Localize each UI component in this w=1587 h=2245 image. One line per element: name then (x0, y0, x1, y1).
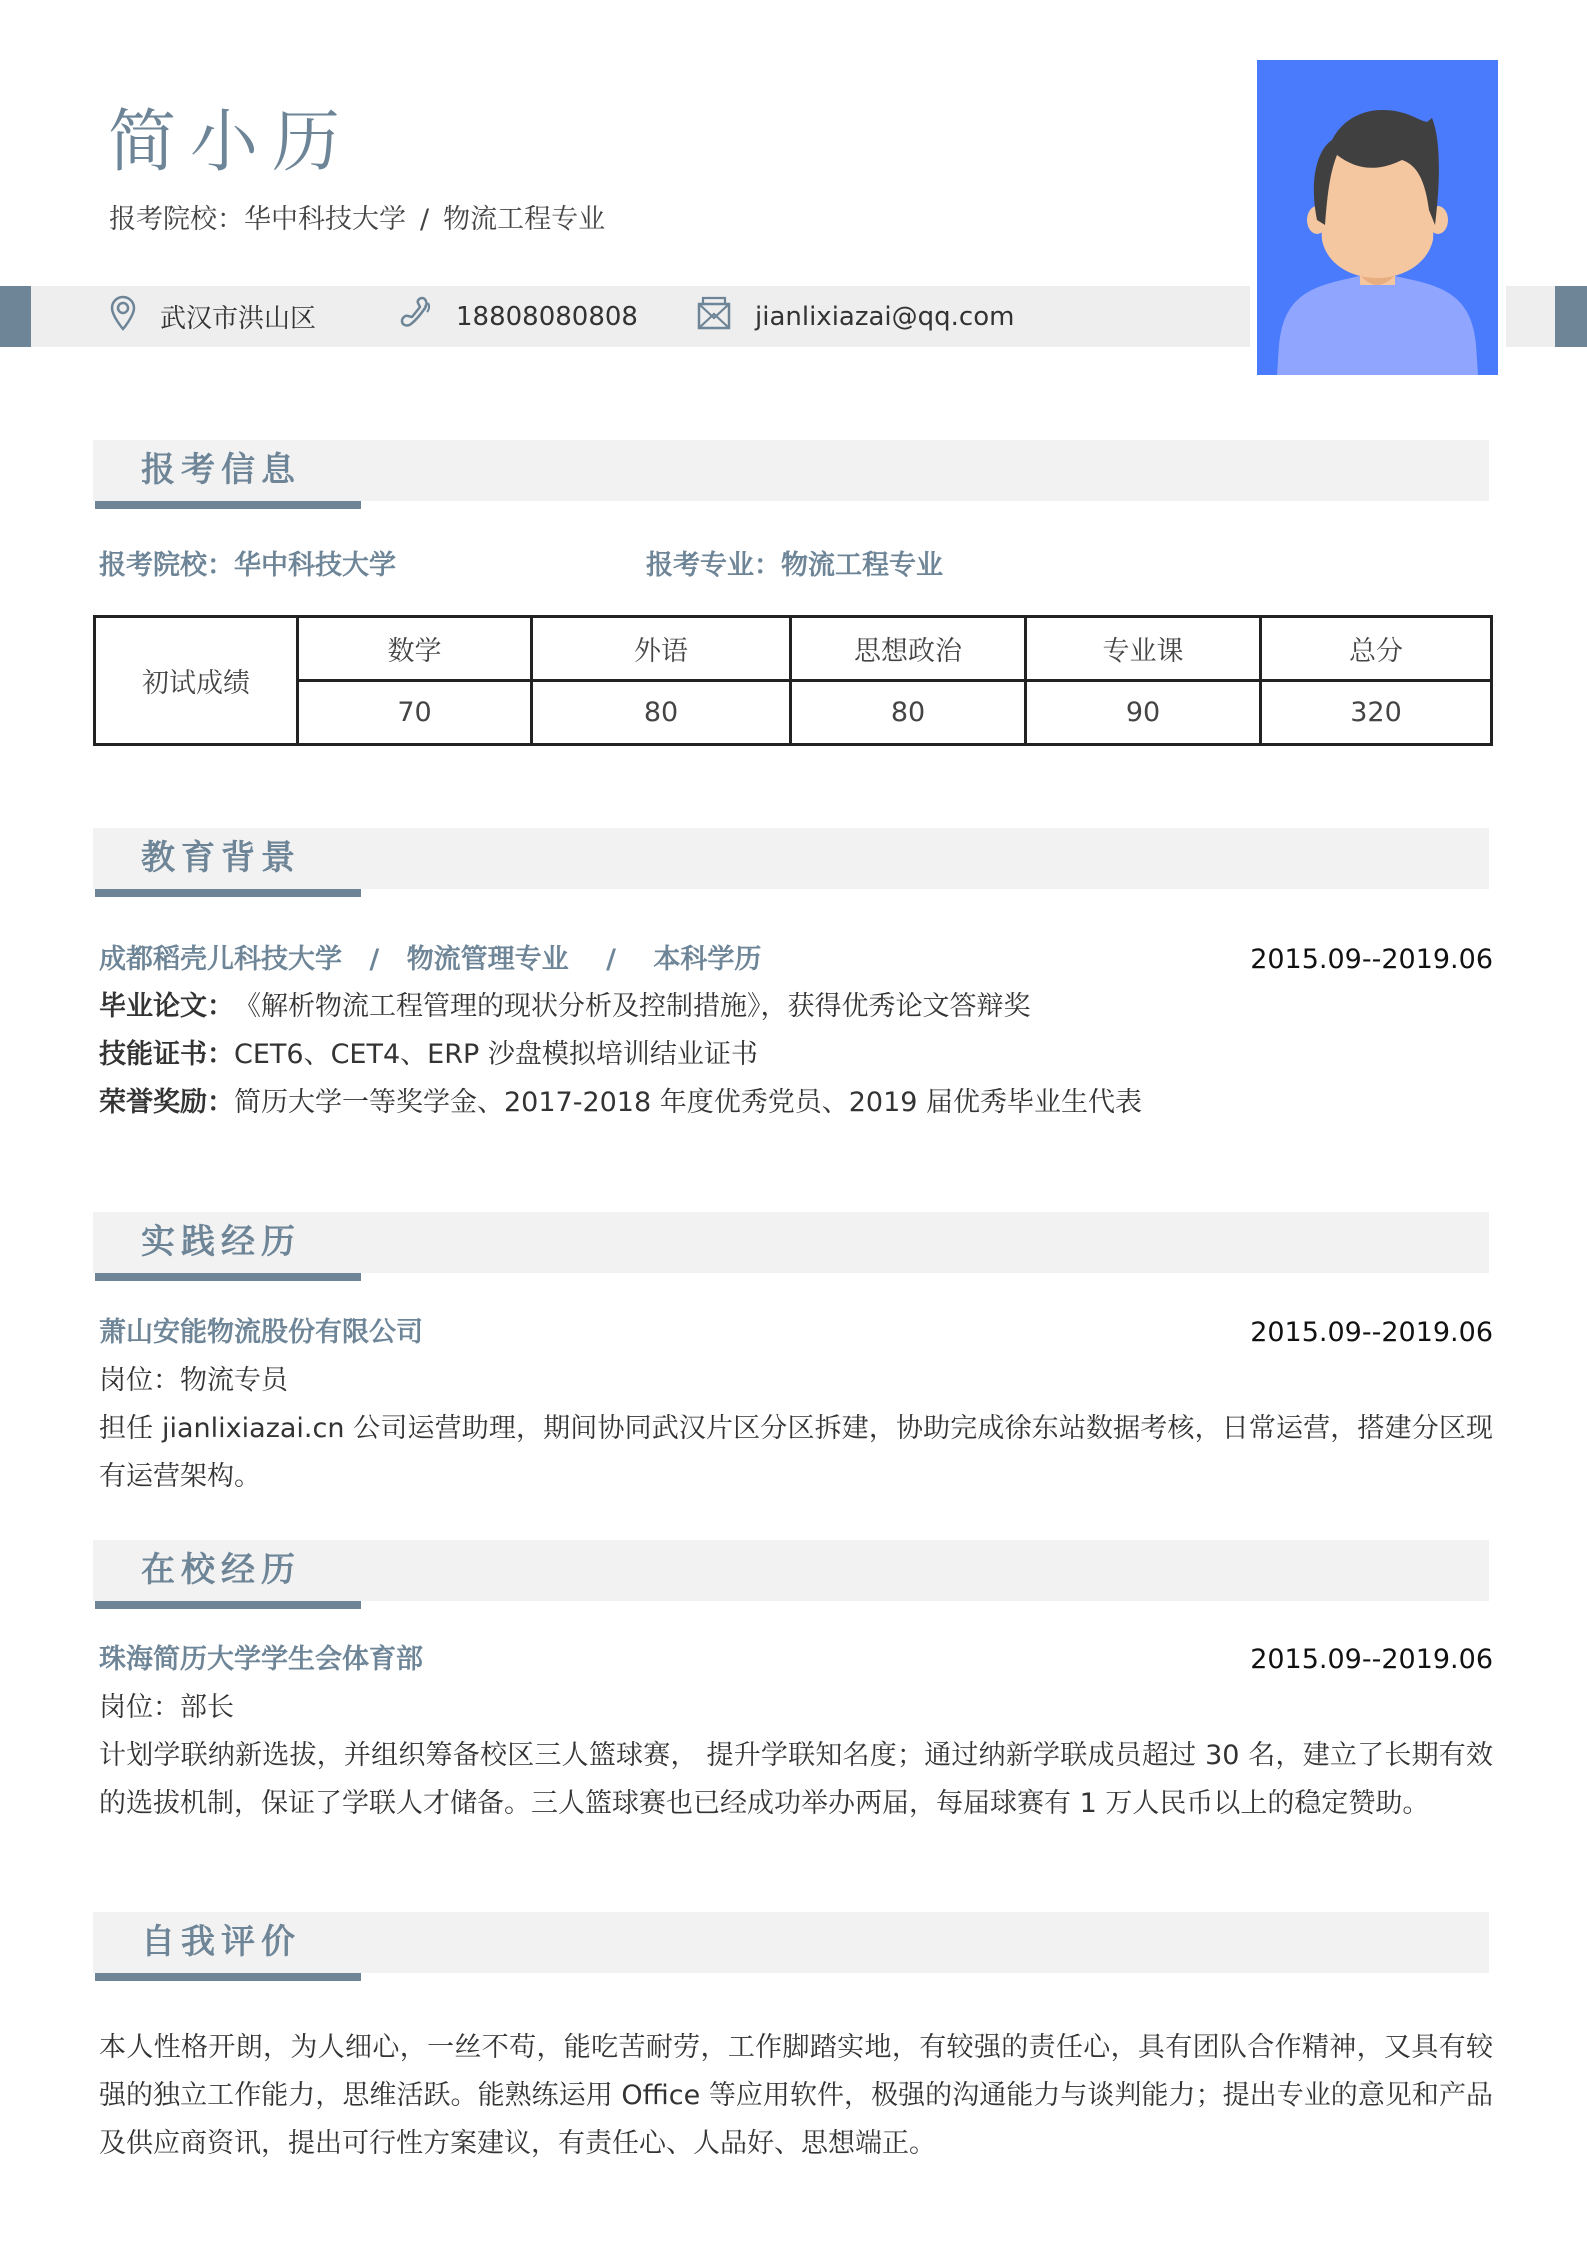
exam-school-value: 华中科技大学 (234, 550, 396, 581)
item-label: 毕业论文： (99, 987, 234, 1027)
section-title-self: 自我评价 (141, 1912, 301, 1973)
score-cell: 90 (1026, 681, 1261, 745)
candidate-name: 简小历 (108, 98, 354, 188)
item-label: 荣誉奖励： (99, 1083, 234, 1123)
separator: / (369, 944, 379, 975)
contact-email: jianlixiazai@qq.com (697, 286, 1014, 347)
item-text: 《解析物流工程管理的现状分析及控制措施》，获得优秀论文答辩奖 (234, 987, 1031, 1027)
section-underline-campus (95, 1601, 361, 1609)
contact-phone: 18808080808 (398, 286, 638, 347)
score-header-row: 初试成绩 数学 外语 思想政治 专业课 总分 (95, 617, 1492, 681)
exam-major: 报考专业：物流工程专业 (646, 546, 943, 586)
section-underline-practice (95, 1273, 361, 1281)
education-title: 成都稻壳儿科技大学 / 物流管理专业 / 本科学历 (99, 940, 761, 980)
item-text: 简历大学一等奖学金、2017-2018 年度优秀党员、2019 届优秀毕业生代表 (234, 1083, 1142, 1123)
practice-company: 萧山安能物流股份有限公司 (99, 1313, 423, 1353)
header-subtitle: 报考院校：华中科技大学/物流工程专业 (109, 202, 605, 238)
envelope-icon (697, 296, 755, 337)
email-text[interactable]: jianlixiazai@qq.com (755, 302, 1014, 332)
location-pin-icon (110, 295, 160, 338)
profile-photo (1257, 60, 1498, 375)
separator: / (606, 944, 616, 975)
section-title-campus: 在校经历 (141, 1540, 301, 1601)
col-header: 数学 (298, 617, 532, 681)
contact-location: 武汉市洪山区 (110, 286, 316, 347)
subtitle-separator: / (420, 204, 429, 235)
section-header-campus (93, 1540, 1489, 1601)
score-cell: 80 (532, 681, 791, 745)
practice-date: 2015.09--2019.06 (1250, 1313, 1493, 1353)
section-title-education: 教育背景 (141, 828, 301, 889)
subtitle-label: 报考院校： (109, 204, 244, 235)
campus-entry-header: 珠海简历大学学生会体育部 2015.09--2019.06 (99, 1640, 1493, 1680)
row-header: 初试成绩 (95, 617, 298, 745)
location-text: 武汉市洪山区 (160, 298, 316, 335)
section-title-exam: 报考信息 (141, 440, 301, 501)
education-school: 成都稻壳儿科技大学 (99, 944, 342, 975)
avatar-icon (1257, 60, 1498, 375)
exam-major-label: 报考专业： (646, 550, 781, 581)
education-honors: 荣誉奖励：简历大学一等奖学金、2017-2018 年度优秀党员、2019 届优秀… (99, 1083, 1493, 1123)
exam-school: 报考院校：华中科技大学 (99, 546, 396, 586)
item-label: 技能证书： (99, 1035, 234, 1075)
campus-position: 岗位：部长 (99, 1688, 1493, 1728)
section-header-self (93, 1912, 1489, 1973)
education-date: 2015.09--2019.06 (1250, 940, 1493, 980)
education-entry-header: 成都稻壳儿科技大学 / 物流管理专业 / 本科学历 2015.09--2019.… (99, 940, 1493, 980)
practice-position: 岗位：物流专员 (99, 1361, 1493, 1401)
col-header: 总分 (1261, 617, 1492, 681)
campus-org: 珠海简历大学学生会体育部 (99, 1640, 423, 1680)
exam-school-label: 报考院校： (99, 550, 234, 581)
score-table: 初试成绩 数学 外语 思想政治 专业课 总分 70 80 80 90 320 (93, 615, 1493, 746)
col-header: 专业课 (1026, 617, 1261, 681)
score-cell: 70 (298, 681, 532, 745)
section-header-practice (93, 1212, 1489, 1273)
contact-accent-right (1555, 286, 1587, 347)
phone-text: 18808080808 (456, 302, 638, 332)
self-evaluation: 本人性格开朗，为人细心，一丝不苟，能吃苦耐劳，工作脚踏实地，有较强的责任心，具有… (99, 2024, 1493, 2168)
item-text: CET6、CET4、ERP 沙盘模拟培训结业证书 (234, 1035, 758, 1075)
col-header: 思想政治 (791, 617, 1026, 681)
exam-major-value: 物流工程专业 (781, 550, 943, 581)
education-major: 物流管理专业 (407, 944, 569, 975)
subtitle-school: 华中科技大学 (244, 204, 406, 235)
phone-icon (398, 295, 456, 338)
practice-description: 担任 jianlixiazai.cn 公司运营助理，期间协同武汉片区分区拆建，协… (99, 1405, 1493, 1501)
section-underline-exam (95, 501, 361, 509)
score-cell: 80 (791, 681, 1026, 745)
section-underline-education (95, 889, 361, 897)
education-degree: 本科学历 (653, 944, 761, 975)
practice-entry-header: 萧山安能物流股份有限公司 2015.09--2019.06 (99, 1313, 1493, 1353)
section-header-education (93, 828, 1489, 889)
campus-date: 2015.09--2019.06 (1250, 1640, 1493, 1680)
contact-bar-right (1506, 286, 1555, 347)
section-header-exam (93, 440, 1489, 501)
section-title-practice: 实践经历 (141, 1212, 301, 1273)
score-cell: 320 (1261, 681, 1492, 745)
campus-description: 计划学联纳新选拔，并组织筹备校区三人篮球赛， 提升学联知名度；通过纳新学联成员超… (99, 1732, 1493, 1828)
contact-accent-left (0, 286, 31, 347)
education-thesis: 毕业论文：《解析物流工程管理的现状分析及控制措施》，获得优秀论文答辩奖 (99, 987, 1493, 1027)
education-certificates: 技能证书：CET6、CET4、ERP 沙盘模拟培训结业证书 (99, 1035, 1493, 1075)
score-value-row: 70 80 80 90 320 (95, 681, 1492, 745)
col-header: 外语 (532, 617, 791, 681)
subtitle-major: 物流工程专业 (443, 204, 605, 235)
section-underline-self (95, 1973, 361, 1981)
